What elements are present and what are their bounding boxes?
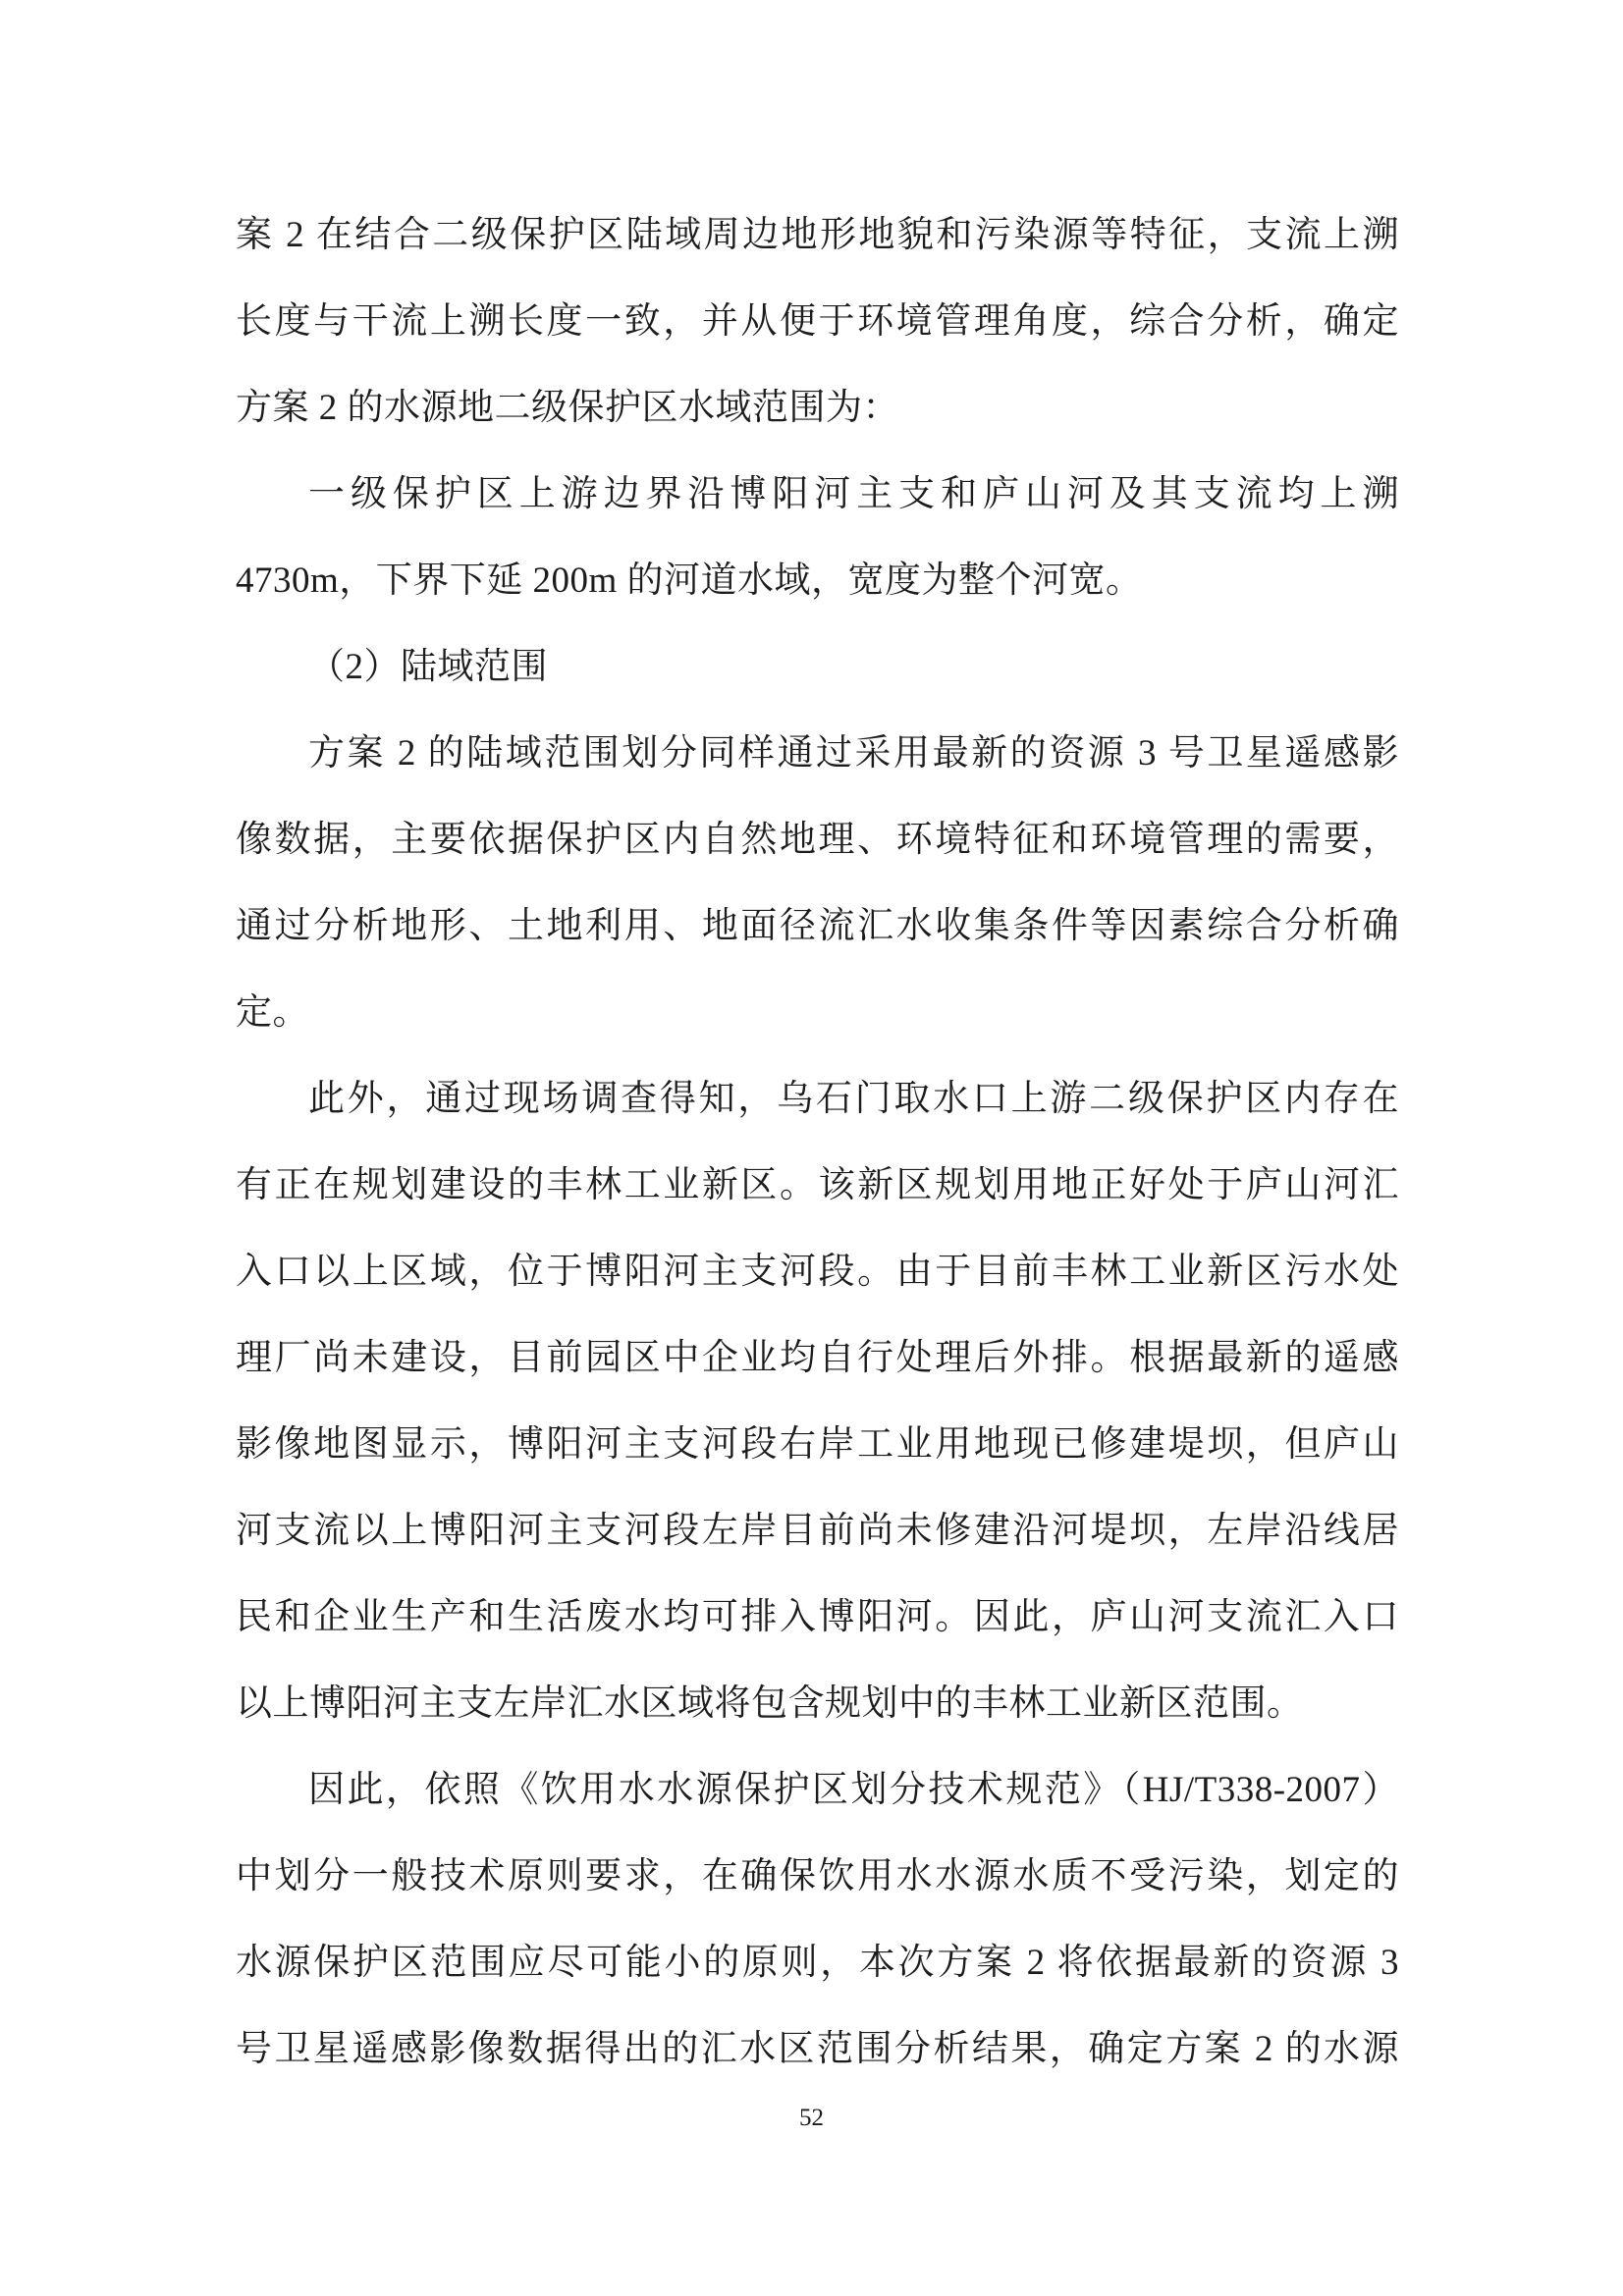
text-line: 像数据，主要依据保护区内自然地理、环境特征和环境管理的需要， bbox=[236, 797, 1399, 883]
text-line: 通过分析地形、土地利用、地面径流汇水收集条件等因素综合分析确 bbox=[236, 883, 1399, 970]
text-line: 中划分一般技术原则要求，在确保饮用水水源水质不受污染，划定的 bbox=[236, 1834, 1399, 1920]
text-line: 方案 2 的陆域范围划分同样通过采用最新的资源 3 号卫星遥感影 bbox=[236, 711, 1399, 797]
text-line: 水源保护区范围应尽可能小的原则，本次方案 2 将依据最新的资源 3 bbox=[236, 1920, 1399, 2006]
text-line: 影像地图显示，博阳河主支河段右岸工业用地现已修建堤坝，但庐山 bbox=[236, 1402, 1399, 1488]
document-page: 案 2 在结合二级保护区陆域周边地形地貌和污染源等特征，支流上溯长度与干流上溯长… bbox=[0, 0, 1623, 2296]
text-line: 4730m，下界下延 200m 的河道水域，宽度为整个河宽。 bbox=[236, 538, 1399, 624]
text-line: 长度与干流上溯长度一致，并从便于环境管理角度，综合分析，确定 bbox=[236, 279, 1399, 365]
text-line: 因此，依照《饮用水水源保护区划分技术规范》（HJ/T338-2007） bbox=[236, 1747, 1399, 1834]
page-number: 52 bbox=[0, 2099, 1623, 2138]
text-line: （2）陆域范围 bbox=[236, 624, 1399, 711]
text-line: 案 2 在结合二级保护区陆域周边地形地貌和污染源等特征，支流上溯 bbox=[236, 192, 1399, 279]
text-line: 入口以上区域，位于博阳河主支河段。由于目前丰林工业新区污水处 bbox=[236, 1229, 1399, 1315]
text-line: 方案 2 的水源地二级保护区水域范围为： bbox=[236, 365, 1399, 452]
text-line: 定。 bbox=[236, 970, 1399, 1056]
text-line: 河支流以上博阳河主支河段左岸目前尚未修建沿河堤坝，左岸沿线居 bbox=[236, 1488, 1399, 1575]
text-line: 一级保护区上游边界沿博阳河主支和庐山河及其支流均上溯 bbox=[236, 452, 1399, 538]
text-line: 有正在规划建设的丰林工业新区。该新区规划用地正好处于庐山河汇 bbox=[236, 1143, 1399, 1229]
document-body: 案 2 在结合二级保护区陆域周边地形地貌和污染源等特征，支流上溯长度与干流上溯长… bbox=[236, 192, 1399, 2093]
text-line: 以上博阳河主支左岸汇水区域将包含规划中的丰林工业新区范围。 bbox=[236, 1661, 1399, 1747]
text-line: 号卫星遥感影像数据得出的汇水区范围分析结果，确定方案 2 的水源 bbox=[236, 2006, 1399, 2093]
text-line: 民和企业生产和生活废水均可排入博阳河。因此，庐山河支流汇入口 bbox=[236, 1575, 1399, 1661]
text-line: 理厂尚未建设，目前园区中企业均自行处理后外排。根据最新的遥感 bbox=[236, 1315, 1399, 1402]
text-line: 此外，通过现场调查得知，乌石门取水口上游二级保护区内存在 bbox=[236, 1056, 1399, 1143]
